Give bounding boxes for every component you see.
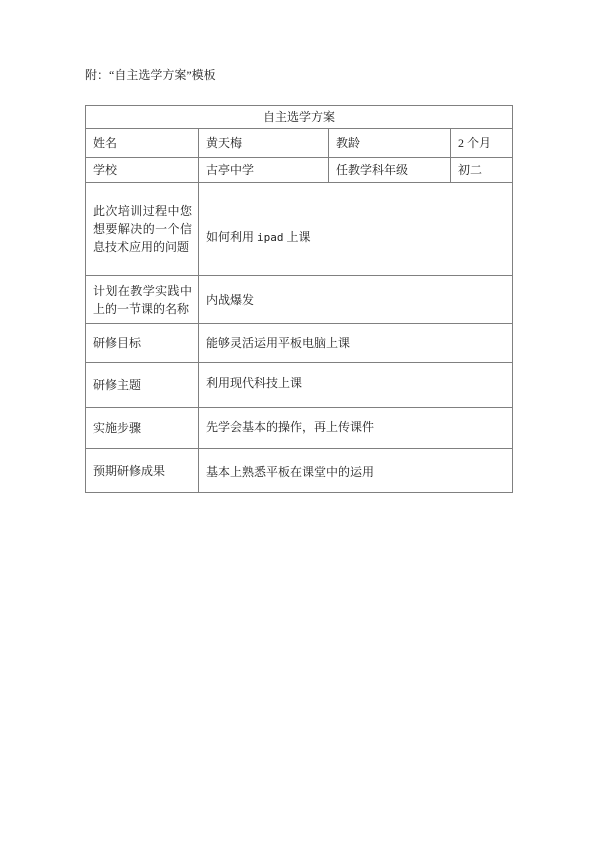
row-goal: 研修目标 能够灵活运用平板电脑上课: [86, 324, 513, 363]
row-school-grade: 学校 古亭中学 任教学科年级 初二: [86, 158, 513, 183]
problem-label: 此次培训过程中您想要解决的一个信息技术应用的问题: [86, 183, 199, 276]
steps-value: 先学会基本的操作，再上传课件: [199, 408, 513, 449]
row-lesson-name: 计划在教学实践中上的一节课的名称 内战爆发: [86, 276, 513, 324]
school-value: 古亭中学: [199, 158, 329, 183]
table-title-row: 自主选学方案: [86, 106, 513, 129]
attachment-note: 附：“自主选学方案”模板: [85, 68, 216, 83]
name-label: 姓名: [86, 129, 199, 158]
row-steps: 实施步骤 先学会基本的操作，再上传课件: [86, 408, 513, 449]
problem-value-ipad: ipad: [257, 231, 284, 244]
goal-value: 能够灵活运用平板电脑上课: [199, 324, 513, 363]
row-name-age: 姓名 黄天梅 教龄 2 个月: [86, 129, 513, 158]
problem-value-prefix: 如何利用: [206, 230, 257, 244]
name-value: 黄天梅: [199, 129, 329, 158]
problem-value-suffix: 上课: [284, 230, 311, 244]
theme-value: 利用现代科技上课: [199, 363, 513, 408]
table-title: 自主选学方案: [86, 106, 513, 129]
plan-table: 自主选学方案 姓名 黄天梅 教龄 2 个月 学校 古亭中学 任教学科年级 初二 …: [85, 105, 513, 493]
outcome-value: 基本上熟悉平板在课堂中的运用: [199, 449, 513, 493]
theme-label: 研修主题: [86, 363, 199, 408]
row-theme: 研修主题 利用现代科技上课: [86, 363, 513, 408]
outcome-label: 预期研修成果: [86, 449, 199, 493]
row-outcome: 预期研修成果 基本上熟悉平板在课堂中的运用: [86, 449, 513, 493]
steps-label: 实施步骤: [86, 408, 199, 449]
lesson-name-value: 内战爆发: [199, 276, 513, 324]
subject-grade-label: 任教学科年级: [329, 158, 451, 183]
goal-label: 研修目标: [86, 324, 199, 363]
subject-grade-value: 初二: [451, 158, 513, 183]
row-problem: 此次培训过程中您想要解决的一个信息技术应用的问题 如何利用 ipad 上课: [86, 183, 513, 276]
teaching-age-label: 教龄: [329, 129, 451, 158]
teaching-age-value: 2 个月: [451, 129, 513, 158]
problem-value: 如何利用 ipad 上课: [199, 183, 513, 276]
lesson-name-label: 计划在教学实践中上的一节课的名称: [86, 276, 199, 324]
school-label: 学校: [86, 158, 199, 183]
